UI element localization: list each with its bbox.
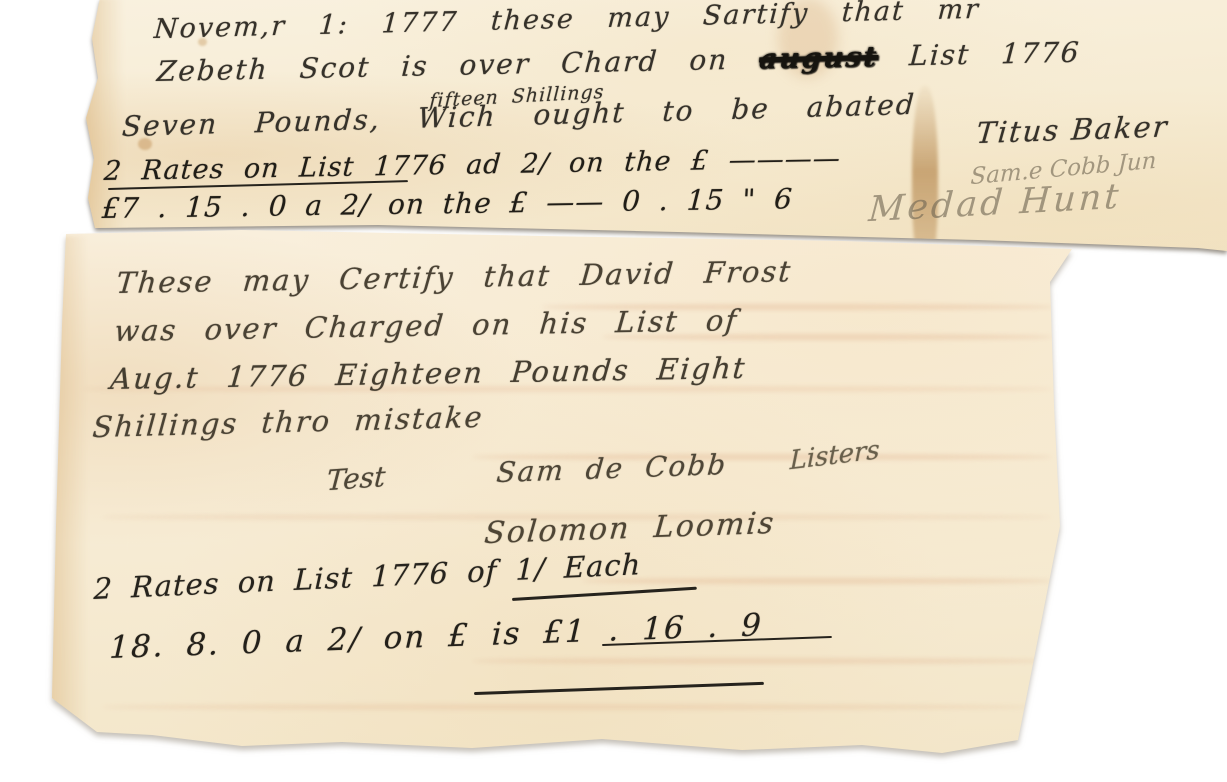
doc1-date-line: Novem,r 1: 1777 these may Sartify that m… [153, 0, 981, 45]
doc1-signature-titus-baker: Titus Baker [975, 109, 1170, 150]
torn-edge-stain [48, 236, 88, 746]
doc1-line2-start: Zebeth Scot is over Chard on [156, 42, 761, 88]
ink-underline-flourish [512, 587, 697, 601]
doc2-mistake-line: Shillings thro mistake [91, 400, 485, 444]
doc2-signature-sam-cobb: Sam de Cobb [495, 448, 729, 489]
doc1-rates-line: 2 Rates on List 1776 ad 2/ on the £ ———— [103, 143, 842, 187]
doc2-certify-line: These may Certify that David Frost [115, 254, 794, 300]
doc1-total-line: £7 . 15 . 0 a 2/ on the £ —— 0 . 15 " 6 [101, 182, 794, 225]
document-top-wrapper: Novem,r 1: 1777 these may Sartify that m… [78, 0, 1227, 258]
ink-underline-flourish [474, 682, 764, 695]
doc1-overwritten-word: august [758, 40, 879, 76]
document-top-paper: Novem,r 1: 1777 these may Sartify that m… [78, 0, 1227, 258]
document-bottom-wrapper: These may Certify that David Frost was o… [42, 226, 1077, 760]
doc2-charged-line: was over Charged on his List of [113, 303, 740, 348]
doc2-attestation-word: Test [326, 460, 387, 497]
crease-line [102, 704, 1032, 710]
crease-line [472, 658, 1052, 664]
doc1-line2-end: List 1776 [877, 36, 1081, 73]
doc2-listers-word: Listers [789, 435, 879, 476]
doc1-signature-medad-hunt: Medad Hunt [867, 177, 1122, 230]
doc2-signature-solomon-loomis: Solomon Loomis [483, 506, 777, 551]
doc1-name-line: Zebeth Scot is over Chard on august List… [156, 36, 1082, 88]
manuscript-scan: Novem,r 1: 1777 these may Sartify that m… [0, 0, 1227, 782]
document-bottom-paper: These may Certify that David Frost was o… [42, 226, 1077, 760]
crease-line [582, 578, 1052, 584]
